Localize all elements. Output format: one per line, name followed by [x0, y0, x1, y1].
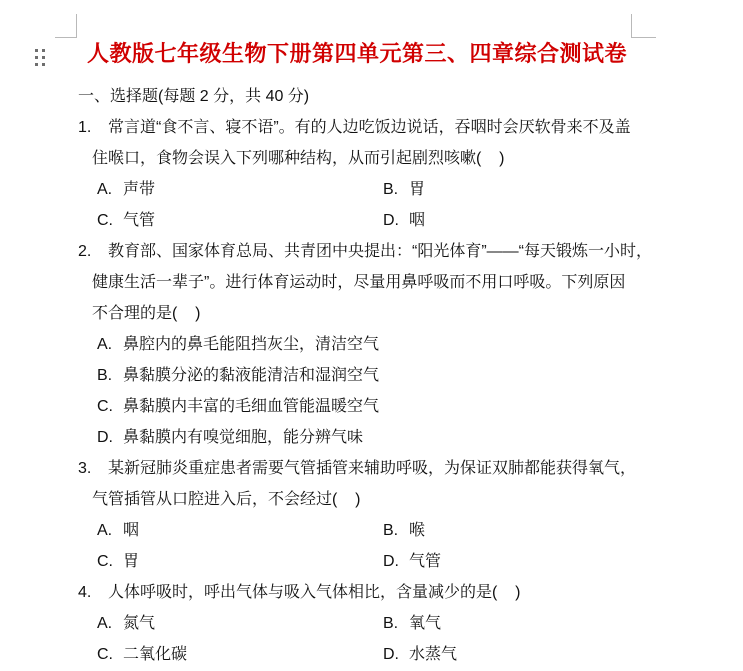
- option-text: 鼻黏膜内有嗅觉细胞，能分辨气味: [123, 429, 363, 446]
- option-label: B.: [383, 174, 409, 205]
- option-text: 鼻腔内的鼻毛能阻挡灰尘，清洁空气: [123, 336, 379, 353]
- option-text: 咽: [409, 212, 425, 229]
- option-label: A.: [97, 329, 123, 360]
- question-text: 常言道“食不言、寝不语”。有的人边吃饭边说话，吞咽时会厌软骨来不及盖: [108, 119, 631, 136]
- question-line: 3.某新冠肺炎重症患者需要气管插管来辅助呼吸，为保证双肺都能获得氧气，: [78, 453, 636, 484]
- option-a: A.声带: [97, 174, 383, 205]
- option-text: 气管: [123, 212, 155, 229]
- question-text: 人体呼吸时，呼出气体与吸入气体相比，含量减少的是( ): [108, 584, 520, 601]
- option-row: A.咽B.喉: [78, 515, 636, 546]
- option-row: D.鼻黏膜内有嗅觉细胞，能分辨气味: [78, 422, 636, 453]
- document-text-area[interactable]: 人教版七年级生物下册第四单元第三、四章综合测试卷 一、选择题(每题 2 分，共 …: [78, 40, 636, 670]
- option-row: A.鼻腔内的鼻毛能阻挡灰尘，清洁空气: [78, 329, 636, 360]
- option-d: D.水蒸气: [383, 646, 457, 663]
- question-2: 2.教育部、国家体育总局、共青团中央提出：“阳光体育”——“每天锻炼一小时， 健…: [78, 236, 636, 453]
- option-label: D.: [383, 639, 409, 670]
- option-label: C.: [97, 205, 123, 236]
- option-label: B.: [97, 360, 123, 391]
- question-text: 某新冠肺炎重症患者需要气管插管来辅助呼吸，为保证双肺都能获得氧气，: [108, 460, 636, 477]
- question-line: 2.教育部、国家体育总局、共青团中央提出：“阳光体育”——“每天锻炼一小时，: [78, 236, 636, 267]
- option-label: B.: [383, 515, 409, 546]
- question-line: 住喉口，食物会误入下列哪种结构，从而引起剧烈咳嗽( ): [78, 143, 636, 174]
- option-b: B.胃: [383, 181, 425, 198]
- question-line: 4.人体呼吸时，呼出气体与吸入气体相比，含量减少的是( ): [78, 577, 636, 608]
- option-text: 鼻黏膜分泌的黏液能清洁和湿润空气: [123, 367, 379, 384]
- option-label: D.: [97, 422, 123, 453]
- option-text: 声带: [123, 181, 155, 198]
- option-label: C.: [97, 391, 123, 422]
- option-b: B.鼻黏膜分泌的黏液能清洁和湿润空气: [97, 367, 379, 384]
- option-label: B.: [383, 608, 409, 639]
- option-c: C.二氧化碳: [97, 639, 383, 670]
- option-text: 鼻黏膜内丰富的毛细血管能温暖空气: [123, 398, 379, 415]
- question-line: 不合理的是( ): [78, 298, 636, 329]
- text-boundary-mark-top-left: [55, 14, 77, 38]
- drag-handle-dot-icon: [35, 49, 38, 52]
- option-text: 气管: [409, 553, 441, 570]
- option-row: C.气管D.咽: [78, 205, 636, 236]
- option-d: D.鼻黏膜内有嗅觉细胞，能分辨气味: [97, 429, 363, 446]
- option-row: A.氮气B.氧气: [78, 608, 636, 639]
- option-c: C.胃: [97, 546, 383, 577]
- option-label: C.: [97, 546, 123, 577]
- option-c: C.鼻黏膜内丰富的毛细血管能温暖空气: [97, 398, 379, 415]
- option-text: 咽: [123, 522, 139, 539]
- option-text: 胃: [123, 553, 139, 570]
- option-row: A.声带B.胃: [78, 174, 636, 205]
- text-boundary-mark-top-right: [631, 14, 656, 38]
- question-line: 健康生活一辈子”。进行体育运动时，尽量用鼻呼吸而不用口呼吸。下列原因: [78, 267, 636, 298]
- option-a: A.氮气: [97, 608, 383, 639]
- option-c: C.气管: [97, 205, 383, 236]
- option-row: B.鼻黏膜分泌的黏液能清洁和湿润空气: [78, 360, 636, 391]
- option-d: D.咽: [383, 212, 425, 229]
- question-line: 气管插管从口腔进入后，不会经过( ): [78, 484, 636, 515]
- option-label: C.: [97, 639, 123, 670]
- question-text: 教育部、国家体育总局、共青团中央提出：“阳光体育”——“每天锻炼一小时，: [108, 243, 652, 260]
- option-row: C.鼻黏膜内丰富的毛细血管能温暖空气: [78, 391, 636, 422]
- document-page: 人教版七年级生物下册第四单元第三、四章综合测试卷 一、选择题(每题 2 分，共 …: [0, 0, 743, 671]
- option-label: A.: [97, 608, 123, 639]
- option-text: 二氧化碳: [123, 646, 187, 663]
- question-1: 1.常言道“食不言、寝不语”。有的人边吃饭边说话，吞咽时会厌软骨来不及盖 住喉口…: [78, 112, 636, 236]
- block-drag-handle[interactable]: [35, 49, 45, 66]
- option-text: 氮气: [123, 615, 155, 632]
- option-b: B.氧气: [383, 615, 441, 632]
- option-text: 喉: [409, 522, 425, 539]
- drag-handle-dot-icon: [42, 56, 45, 59]
- question-number: 4.: [78, 577, 108, 608]
- question-4: 4.人体呼吸时，呼出气体与吸入气体相比，含量减少的是( ) A.氮气B.氧气 C…: [78, 577, 636, 670]
- option-label: D.: [383, 546, 409, 577]
- option-a: A.鼻腔内的鼻毛能阻挡灰尘，清洁空气: [97, 336, 379, 353]
- option-label: D.: [383, 205, 409, 236]
- section-header: 一、选择题(每题 2 分，共 40 分): [78, 81, 636, 112]
- option-label: A.: [97, 515, 123, 546]
- option-row: C.胃D.气管: [78, 546, 636, 577]
- drag-handle-dot-icon: [35, 63, 38, 66]
- question-number: 2.: [78, 236, 108, 267]
- option-text: 水蒸气: [409, 646, 457, 663]
- drag-handle-dot-icon: [35, 56, 38, 59]
- option-a: A.咽: [97, 515, 383, 546]
- option-text: 氧气: [409, 615, 441, 632]
- question-number: 3.: [78, 453, 108, 484]
- drag-handle-dot-icon: [42, 63, 45, 66]
- question-number: 1.: [78, 112, 108, 143]
- option-label: A.: [97, 174, 123, 205]
- question-3: 3.某新冠肺炎重症患者需要气管插管来辅助呼吸，为保证双肺都能获得氧气， 气管插管…: [78, 453, 636, 577]
- option-row: C.二氧化碳D.水蒸气: [78, 639, 636, 670]
- option-d: D.气管: [383, 553, 441, 570]
- option-b: B.喉: [383, 522, 425, 539]
- document-title: 人教版七年级生物下册第四单元第三、四章综合测试卷: [78, 40, 636, 68]
- option-text: 胃: [409, 181, 425, 198]
- drag-handle-dot-icon: [42, 49, 45, 52]
- question-line: 1.常言道“食不言、寝不语”。有的人边吃饭边说话，吞咽时会厌软骨来不及盖: [78, 112, 636, 143]
